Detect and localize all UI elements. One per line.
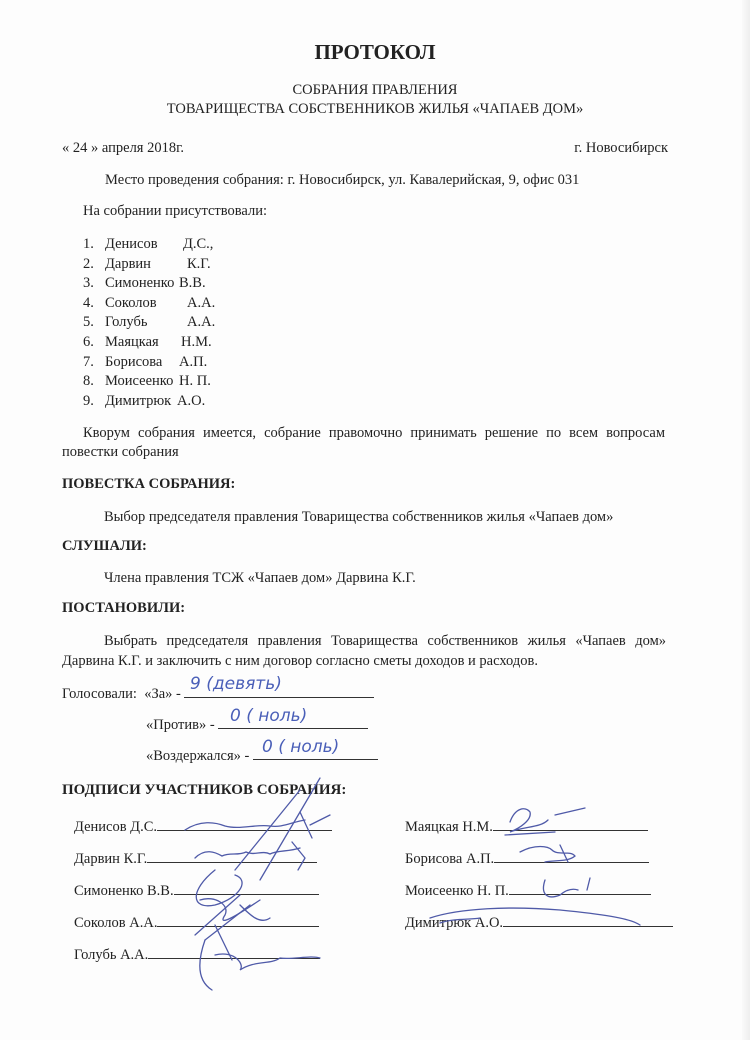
handwritten-signatures (0, 0, 750, 1040)
scanned-page: ПРОТОКОЛ СОБРАНИЯ ПРАВЛЕНИЯ ТОВАРИЩЕСТВА… (0, 0, 750, 1040)
